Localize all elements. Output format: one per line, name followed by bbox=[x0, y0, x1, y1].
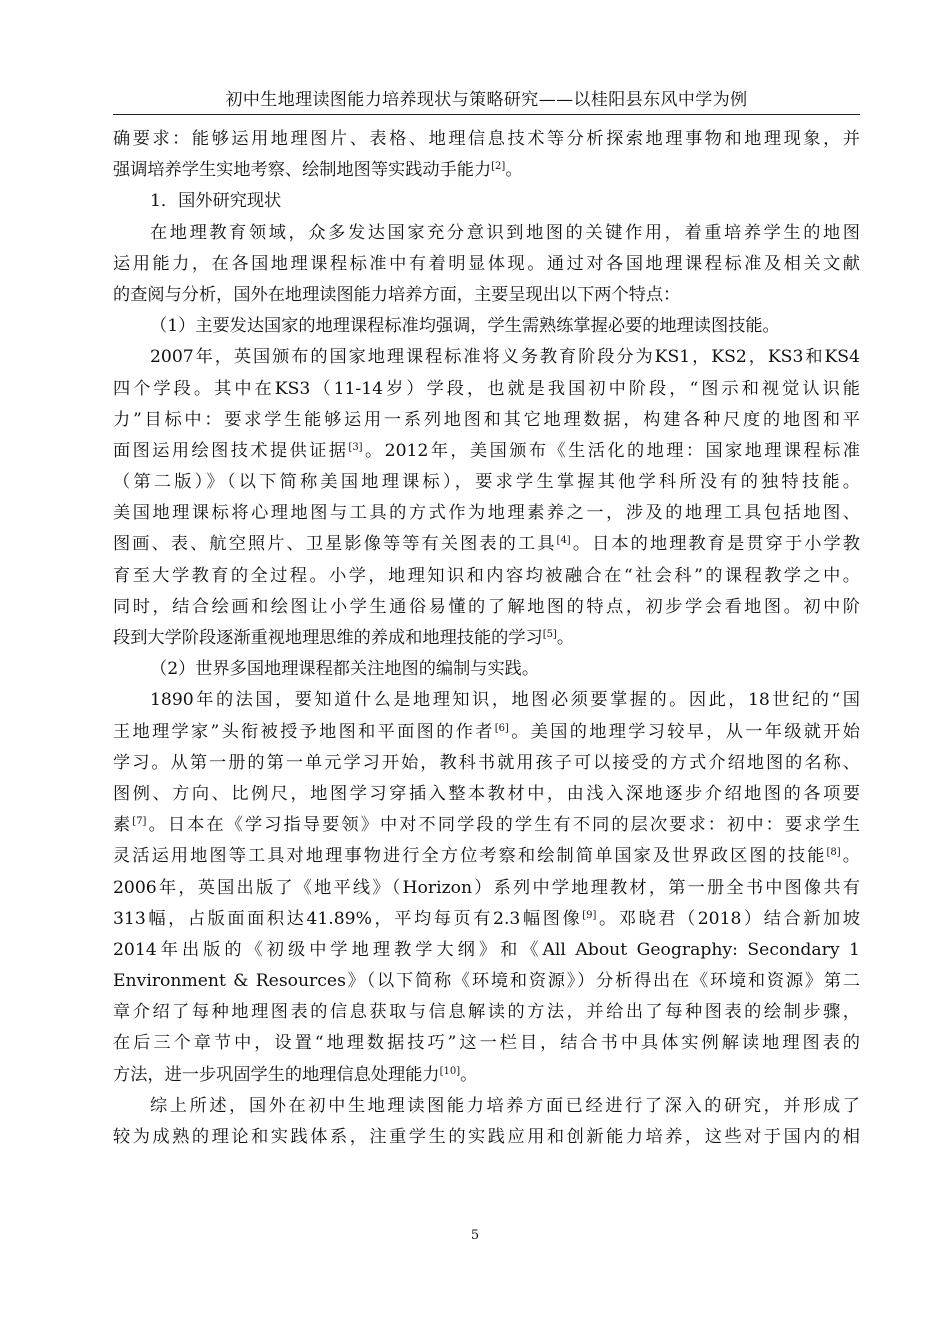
body-text: 确要求：能够运用地理图片、表格、地理信息技术等分析探索地理事物和地理现象，并强调… bbox=[113, 124, 860, 1153]
text-line: 2014年出版的《初级中学地理教学大纲》和《All About Geograph… bbox=[113, 935, 860, 966]
line-text: 学习。从第一册的第一单元学习开始，教科书就用孩子可以接受的方式介绍地图的名称、 bbox=[113, 753, 860, 773]
line-text-tail: 。 bbox=[460, 1065, 477, 1085]
text-line: 确要求：能够运用地理图片、表格、地理信息技术等分析探索地理事物和地理现象，并 bbox=[113, 124, 860, 155]
line-text: 面图运用绘图技术提供证据 bbox=[113, 441, 348, 461]
section-heading: 1．国外研究现状 bbox=[113, 186, 860, 217]
text-line: 的查阅与分析，国外在地理读图能力培养方面，主要呈现出以下两个特点： bbox=[113, 280, 860, 311]
text-line: 章介绍了每种地理图表的信息获取与信息解读的方法，并给出了每种图表的绘制步骤， bbox=[113, 997, 860, 1028]
text-line: （2）世界多国地理课程都关注地图的编制与实践。 bbox=[113, 654, 860, 685]
line-text: 素 bbox=[113, 815, 132, 835]
line-text: 313幅，占版面面积达41.89%，平均每页有2.3幅图像 bbox=[113, 909, 582, 929]
text-line: 运用能力，在各国地理课程标准中有着明显体现。通过对各国地理课程标准及相关文献 bbox=[113, 249, 860, 280]
page-number: 5 bbox=[0, 1228, 950, 1244]
line-text: 方法，进一步巩固学生的地理信息处理能力 bbox=[113, 1065, 440, 1085]
text-line: （第二版）》（以下简称美国地理课标），要求学生掌握其他学科所没有的独特技能。 bbox=[113, 467, 860, 498]
line-text: 同时，结合绘画和绘图让小学生通俗易懂的了解地图的特点，初步学会看地图。初中阶 bbox=[113, 597, 860, 617]
text-line: 面图运用绘图技术提供证据[3]。2012年，美国颁布《生活化的地理：国家地理课程… bbox=[113, 436, 860, 467]
line-text: 育至大学教育的全过程。小学，地理知识和内容均被融合在“社会科”的课程教学之中。 bbox=[113, 566, 860, 586]
line-text: 的查阅与分析，国外在地理读图能力培养方面，主要呈现出以下两个特点： bbox=[113, 285, 680, 305]
line-text: （2）世界多国地理课程都关注地图的编制与实践。 bbox=[150, 659, 539, 679]
line-text: 美国地理课标将心理地图与工具的方式作为地理素养之一，涉及的地理工具包括地图、 bbox=[113, 503, 860, 523]
line-text: 图例、方向、比例尺，地图学习穿插入整本教材中，由浅入深地逐步介绍地图的各项要 bbox=[113, 784, 860, 804]
line-text: 图画、表、航空照片、卫星影像等等有关图表的工具 bbox=[113, 534, 557, 554]
line-text: 1．国外研究现状 bbox=[150, 191, 281, 211]
citation-marker: [9] bbox=[582, 910, 596, 921]
text-line: 较为成熟的理论和实践体系，注重学生的实践应用和创新能力培养，这些对于国内的相 bbox=[113, 1122, 860, 1153]
line-text: 灵活运用地图等工具对地理事物进行全方位考察和绘制简单国家及世界政区图的技能 bbox=[113, 846, 827, 866]
text-line: 图例、方向、比例尺，地图学习穿插入整本教材中，由浅入深地逐步介绍地图的各项要 bbox=[113, 779, 860, 810]
text-line: 育至大学教育的全过程。小学，地理知识和内容均被融合在“社会科”的课程教学之中。 bbox=[113, 561, 860, 592]
text-line: 素[7]。日本在《学习指导要领》中对不同学段的学生有不同的层次要求：初中：要求学… bbox=[113, 810, 860, 841]
line-text-tail: 。邓晓君（2018）结合新加坡 bbox=[596, 909, 860, 929]
citation-marker: [5] bbox=[543, 629, 557, 640]
line-text: 2014年出版的《初级中学地理教学大纲》和《All About Geograph… bbox=[113, 940, 860, 960]
text-line: 强调培养学生实地考察、绘制地图等实践动手能力[2]。 bbox=[113, 155, 860, 186]
text-line: （1）主要发达国家的地理课程标准均强调，学生需熟练掌握必要的地理读图技能。 bbox=[113, 311, 860, 342]
line-text: 综上所述，国外在初中生地理读图能力培养方面已经进行了深入的研究，并形成了 bbox=[150, 1096, 860, 1116]
running-header: 初中生地理读图能力培养现状与策略研究——以桂阳县东风中学为例 bbox=[113, 88, 860, 115]
citation-marker: [7] bbox=[132, 816, 146, 827]
line-text: 1890年的法国，要知道什么是地理知识，地图必须要掌握的。因此，18世纪的“国 bbox=[150, 690, 860, 710]
text-line: 王地理学家”头衔被授予地图和平面图的作者[6]。美国的地理学习较早，从一年级就开… bbox=[113, 717, 860, 748]
line-text: 2006年，英国出版了《地平线》（Horizon）系列中学地理教材，第一册全书中… bbox=[113, 878, 860, 898]
text-line: 2007年，英国颁布的国家地理课程标准将义务教育阶段分为KS1，KS2，KS3和… bbox=[113, 342, 860, 373]
line-text: 在地理教育领域，众多发达国家充分意识到地图的关键作用，着重培养学生的地图 bbox=[150, 223, 860, 243]
citation-marker: [10] bbox=[440, 1066, 461, 1077]
text-line: 313幅，占版面面积达41.89%，平均每页有2.3幅图像[9]。邓晓君（201… bbox=[113, 904, 860, 935]
line-text-tail: 。 bbox=[841, 846, 860, 866]
citation-marker: [6] bbox=[495, 723, 509, 734]
text-line: Environment & Resources》（以下简称《环境和资源》）分析得… bbox=[113, 966, 860, 997]
text-line: 学习。从第一册的第一单元学习开始，教科书就用孩子可以接受的方式介绍地图的名称、 bbox=[113, 748, 860, 779]
text-line: 同时，结合绘画和绘图让小学生通俗易懂的了解地图的特点，初步学会看地图。初中阶 bbox=[113, 592, 860, 623]
line-text-tail: 。美国的地理学习较早，从一年级就开始 bbox=[509, 722, 860, 742]
line-text: 确要求：能够运用地理图片、表格、地理信息技术等分析探索地理事物和地理现象，并 bbox=[113, 129, 860, 149]
line-text: （1）主要发达国家的地理课程标准均强调，学生需熟练掌握必要的地理读图技能。 bbox=[150, 316, 780, 336]
text-line: 图画、表、航空照片、卫星影像等等有关图表的工具[4]。日本的地理教育是贯穿于小学… bbox=[113, 529, 860, 560]
text-line: 1890年的法国，要知道什么是地理知识，地图必须要掌握的。因此，18世纪的“国 bbox=[113, 685, 860, 716]
citation-marker: [8] bbox=[827, 847, 841, 858]
line-text: 段到大学阶段逐渐重视地理思维的养成和地理技能的学习 bbox=[113, 628, 543, 648]
text-line: 段到大学阶段逐渐重视地理思维的养成和地理技能的学习[5]。 bbox=[113, 623, 860, 654]
text-line: 在后三个章节中，设置“地理数据技巧”这一栏目，结合书中具体实例解读地理图表的 bbox=[113, 1028, 860, 1059]
line-text: （第二版）》（以下简称美国地理课标），要求学生掌握其他学科所没有的独特技能。 bbox=[113, 472, 860, 492]
text-line: 四个学段。其中在KS3（11-14岁）学段，也就是我国初中阶段，“图示和视觉认识… bbox=[113, 374, 860, 405]
citation-marker: [2] bbox=[491, 161, 505, 172]
citation-marker: [4] bbox=[557, 535, 571, 546]
text-line: 方法，进一步巩固学生的地理信息处理能力[10]。 bbox=[113, 1060, 860, 1091]
text-line: 在地理教育领域，众多发达国家充分意识到地图的关键作用，着重培养学生的地图 bbox=[113, 218, 860, 249]
line-text: 章介绍了每种地理图表的信息获取与信息解读的方法，并给出了每种图表的绘制步骤， bbox=[113, 1002, 860, 1022]
line-text: 在后三个章节中，设置“地理数据技巧”这一栏目，结合书中具体实例解读地理图表的 bbox=[113, 1033, 860, 1053]
text-line: 力”目标中：要求学生能够运用一系列地图和其它地理数据，构建各种尺度的地图和平 bbox=[113, 405, 860, 436]
line-text-tail: 。 bbox=[557, 628, 574, 648]
line-text: Environment & Resources》（以下简称《环境和资源》）分析得… bbox=[113, 971, 860, 991]
line-text: 较为成熟的理论和实践体系，注重学生的实践应用和创新能力培养，这些对于国内的相 bbox=[113, 1127, 860, 1147]
text-line: 美国地理课标将心理地图与工具的方式作为地理素养之一，涉及的地理工具包括地图、 bbox=[113, 498, 860, 529]
line-text-tail: 。2012年，美国颁布《生活化的地理：国家地理课程标准 bbox=[363, 441, 860, 461]
line-text-tail: 。日本的地理教育是贯穿于小学教 bbox=[571, 534, 860, 554]
line-text: 王地理学家”头衔被授予地图和平面图的作者 bbox=[113, 722, 495, 742]
citation-marker: [3] bbox=[348, 442, 362, 453]
line-text-tail: 。日本在《学习指导要领》中对不同学段的学生有不同的层次要求：初中：要求学生 bbox=[146, 815, 860, 835]
line-text: 2007年，英国颁布的国家地理课程标准将义务教育阶段分为KS1，KS2，KS3和… bbox=[150, 347, 860, 367]
line-text: 四个学段。其中在KS3（11-14岁）学段，也就是我国初中阶段，“图示和视觉认识… bbox=[113, 379, 860, 399]
line-text-tail: 。 bbox=[505, 160, 522, 180]
text-line: 2006年，英国出版了《地平线》（Horizon）系列中学地理教材，第一册全书中… bbox=[113, 873, 860, 904]
text-line: 综上所述，国外在初中生地理读图能力培养方面已经进行了深入的研究，并形成了 bbox=[113, 1091, 860, 1122]
text-line: 灵活运用地图等工具对地理事物进行全方位考察和绘制简单国家及世界政区图的技能[8]… bbox=[113, 841, 860, 872]
line-text: 强调培养学生实地考察、绘制地图等实践动手能力 bbox=[113, 160, 491, 180]
line-text: 力”目标中：要求学生能够运用一系列地图和其它地理数据，构建各种尺度的地图和平 bbox=[113, 410, 860, 430]
line-text: 运用能力，在各国地理课程标准中有着明显体现。通过对各国地理课程标准及相关文献 bbox=[113, 254, 860, 274]
running-header-title: 初中生地理读图能力培养现状与策略研究——以桂阳县东风中学为例 bbox=[226, 90, 748, 110]
